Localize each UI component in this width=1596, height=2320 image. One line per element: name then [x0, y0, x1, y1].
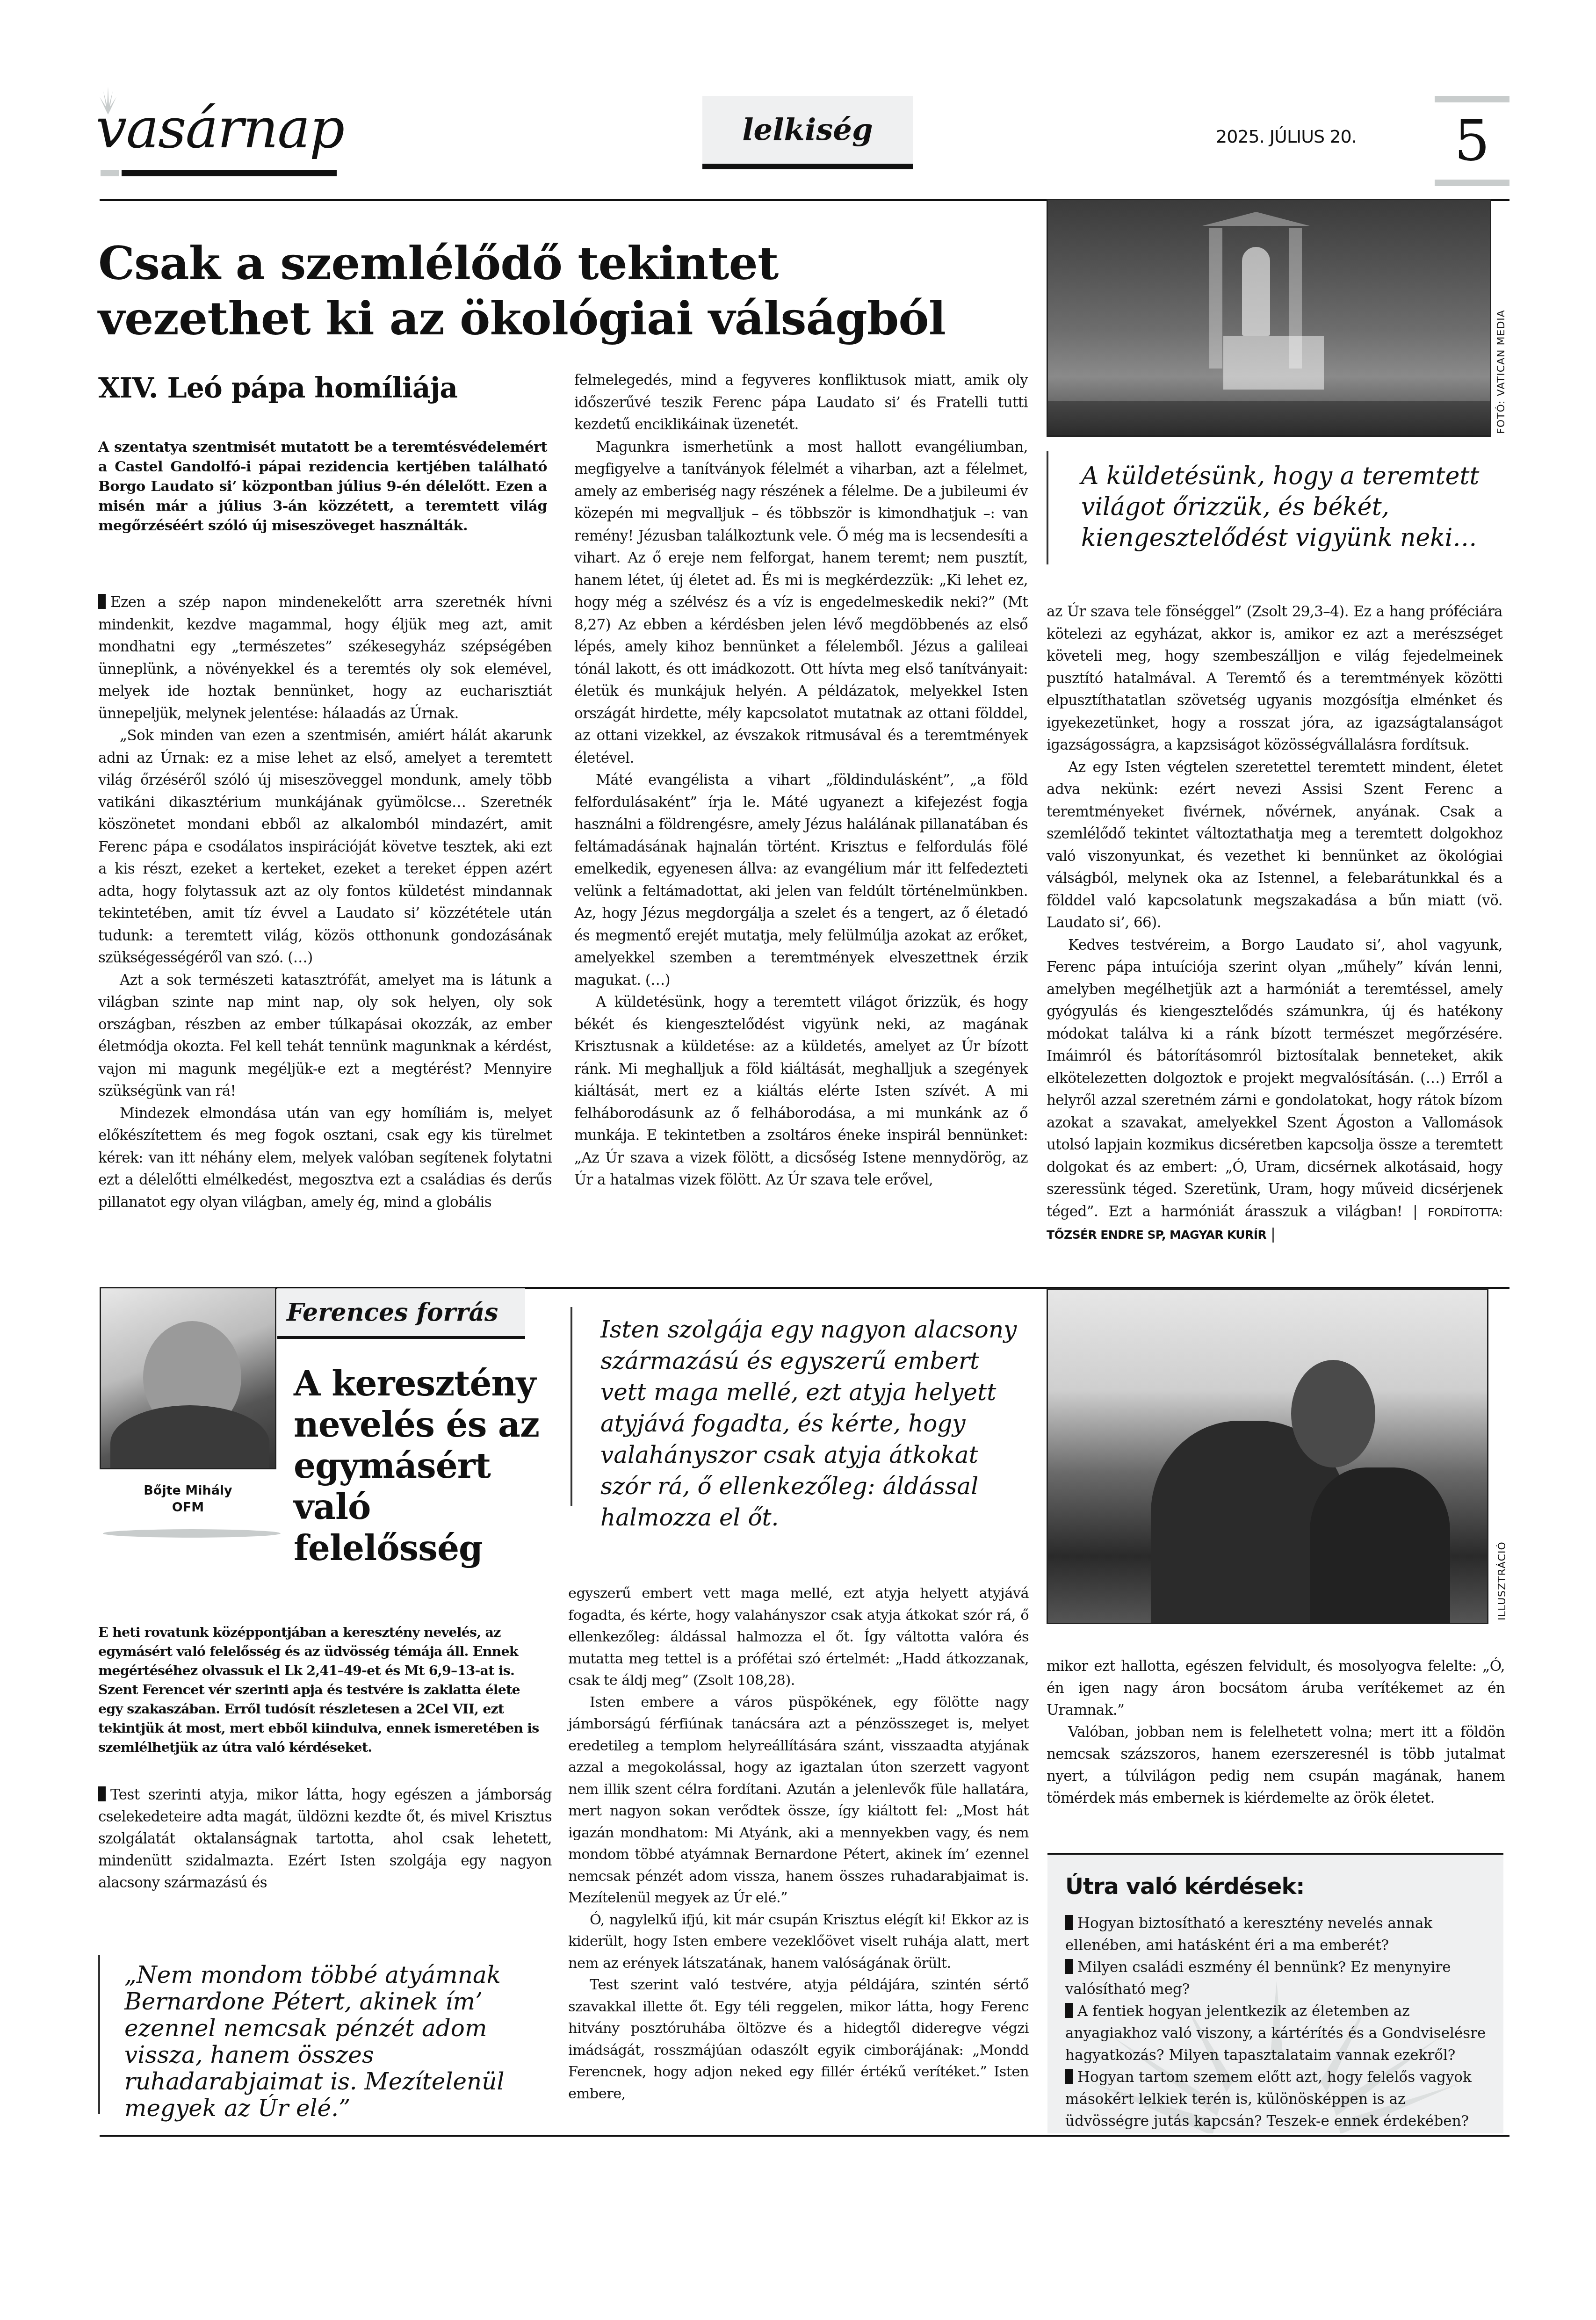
issue-date: 2025. JÚLIUS 20. [1216, 126, 1357, 147]
paragraph: mikor ezt hallotta, egészen felvidult, é… [1047, 1655, 1505, 1721]
logo-text: vasárnap [96, 101, 344, 156]
article2-column-2: egyszerű embert vett maga mellé, ezt aty… [568, 1583, 1029, 2105]
garden-altar-photo [1047, 199, 1491, 437]
paragraph: egyszerű embert vett maga mellé, ezt aty… [568, 1583, 1029, 1692]
author-portrait [100, 1287, 276, 1469]
author-name: Bőjte Mihály [100, 1482, 276, 1499]
paragraph: A küldetésünk, hogy a teremtett világot … [574, 991, 1028, 1192]
column-name: Ferences forrás [287, 1298, 498, 1327]
bullet-icon [1065, 1959, 1073, 1974]
section-name: lelkiség [742, 112, 873, 147]
caption-shadow [103, 1529, 281, 1538]
question-item: Hogyan biztosítható a keresztény nevelés… [1065, 1913, 1486, 1957]
pull-quote: A küldetésünk, hogy a teremtett világot … [1047, 451, 1495, 564]
paragraph: Isten embere a város püspökének, egy föl… [568, 1692, 1029, 1909]
question-item: Milyen családi eszmény él bennünk? Ez me… [1065, 1957, 1486, 2001]
photo-credit-2: ILLUSZTRÁCIÓ [1496, 1541, 1508, 1620]
author-order: OFM [100, 1499, 276, 1516]
paragraph: Magunkra ismerhetünk a most hallott evan… [574, 436, 1028, 770]
paragraph: Kedves testvéreim, a Borgo Laudato si’, … [1047, 934, 1502, 1246]
article-column-2: felmelegedés, mind a fegyveres konfliktu… [574, 369, 1028, 1192]
bullet-icon [1065, 2069, 1073, 2084]
bullet-icon [1065, 1915, 1073, 1930]
questions-title: Útra való kérdések: [1065, 1873, 1503, 1900]
logo-underline [122, 170, 337, 176]
paragraph: Ó, nagylelkű ifjú, kit már csupán Kriszt… [568, 1909, 1029, 1975]
author-caption: Bőjte Mihály OFM [100, 1482, 276, 1516]
paragraph: az Úr szava tele fönséggel” (Zsolt 29,3–… [1047, 601, 1502, 757]
newspaper-logo: vasárnap [96, 91, 348, 161]
article-lead: A szentatya szentmisét mutatott be a ter… [98, 437, 547, 535]
pull-quote-middle: Isten szolgája egy nagyon alacsony szárm… [571, 1307, 1029, 1506]
lead-paragraph: E heti rovatunk középpontjában a kereszt… [98, 1623, 547, 1680]
column-tag: Ferences forrás [277, 1288, 525, 1339]
article-subhead: XIV. Leó pápa homíliája [98, 372, 457, 405]
byline-label: FORDÍTOTTA: [1428, 1206, 1502, 1219]
paragraph: Máté evangélista a vihart „földinduláské… [574, 769, 1028, 991]
pull-quote-left: „Nem mondom többé atyámnak Bernardone Pé… [98, 1955, 547, 2114]
logo-underline-accent [101, 170, 119, 176]
paragraph: Ezen a szép napon mindenekelőtt arra sze… [98, 592, 552, 725]
byline-names: TŐZSÉR ENDRE SP, MAGYAR KURÍR [1047, 1228, 1266, 1242]
article-column-3: az Úr szava tele fönséggel” (Zsolt 29,3–… [1047, 601, 1502, 1246]
paragraph-marker-icon [98, 594, 106, 609]
paragraph: Test szerint való testvére, atyja példáj… [568, 1974, 1029, 2105]
article-column-1: Ezen a szép napon mindenekelőtt arra sze… [98, 592, 552, 1214]
article2-lead: E heti rovatunk középpontjában a kereszt… [98, 1623, 547, 1757]
footer-divider [100, 2135, 1509, 2137]
article2-column-3: mikor ezt hallotta, egészen felvidult, é… [1047, 1655, 1505, 1809]
article-headline: Csak a szemlélődő tekintet vezethet ki a… [98, 236, 987, 347]
paragraph-marker-icon [98, 1786, 106, 1801]
page-number: 5 [1435, 96, 1509, 186]
question-item: Hogyan tartom szemem előtt azt, hogy fel… [1065, 2067, 1486, 2132]
lead-paragraph: Szent Ferencet vér szerinti apja és test… [98, 1680, 547, 1757]
paragraph: Mindezek elmondása után van egy homíliám… [98, 1103, 552, 1214]
friars-embrace-photo [1047, 1288, 1488, 1624]
question-item: A fentiek hogyan jelentkezik az életembe… [1065, 2001, 1486, 2067]
paragraph: „Sok minden van ezen a szentmisén, amiér… [98, 725, 552, 969]
section-tag: lelkiség [702, 96, 913, 169]
photo-credit: FOTÓ: VATICAN MEDIA [1495, 310, 1507, 434]
paragraph: Az egy Isten végtelen szeretettel teremt… [1047, 757, 1502, 934]
questions-list: Hogyan biztosítható a keresztény nevelés… [1065, 1913, 1486, 2132]
questions-box: Útra való kérdések: Hogyan biztosítható … [1047, 1853, 1503, 2133]
paragraph: Test szerinti atyja, mikor látta, hogy e… [98, 1784, 552, 1894]
article2-column-1: Test szerinti atyja, mikor látta, hogy e… [98, 1784, 552, 1894]
paragraph: Valóban, jobban nem is felelhetett volna… [1047, 1721, 1505, 1809]
article2-headline: A keresztény nevelés és az egymásért val… [294, 1363, 556, 1569]
paragraph: Azt a sok természeti katasztrófát, amely… [98, 969, 552, 1103]
paragraph: felmelegedés, mind a fegyveres konfliktu… [574, 369, 1028, 436]
bullet-icon [1065, 2003, 1073, 2018]
